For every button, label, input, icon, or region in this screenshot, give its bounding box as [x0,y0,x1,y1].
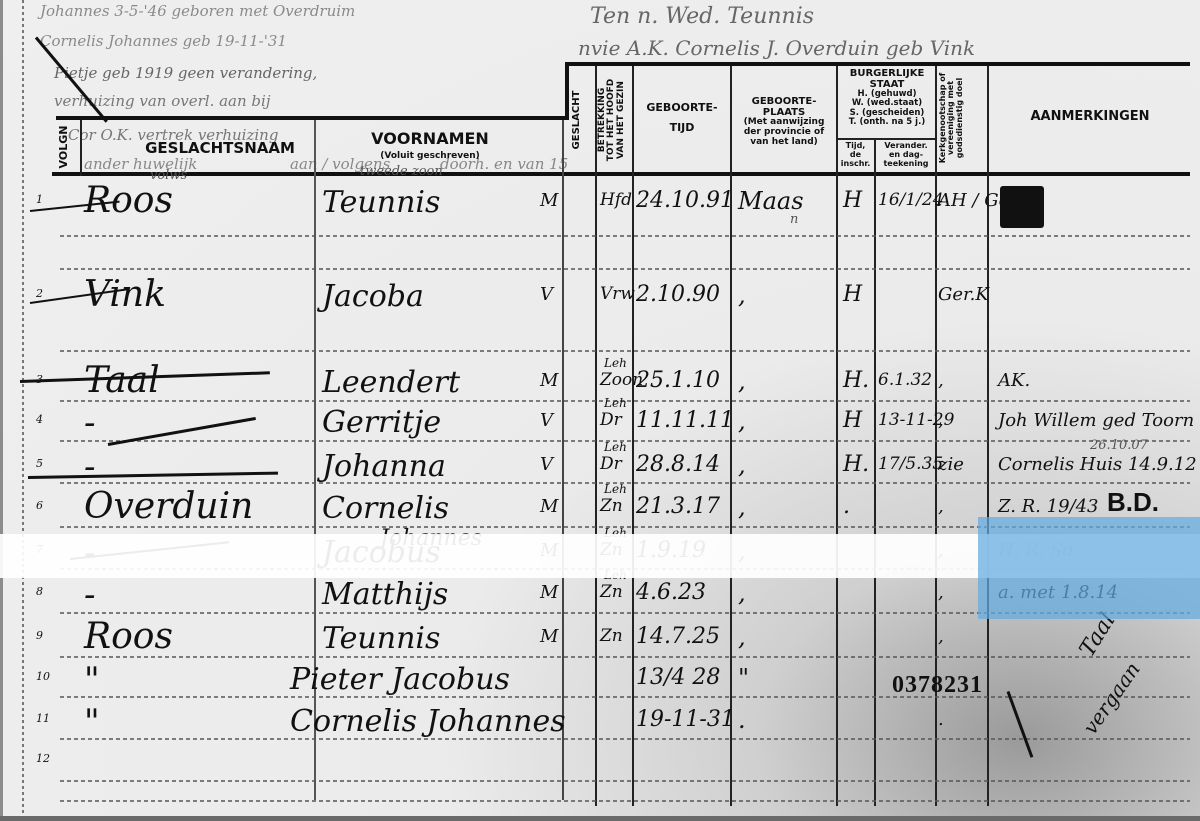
row-guide-line [60,780,1190,782]
cell-kerk: zie [938,454,964,475]
cell-nr: 10 [36,670,50,683]
col-line [595,66,597,806]
cell-geslacht: V [540,284,553,305]
cell-kerk: , [938,626,944,647]
header-line: godsdienstig doel [955,78,964,159]
card-number-stamp: 0378231 [892,672,983,699]
cell-geslacht: M [540,496,558,517]
cell-geboorteplaats: " [738,664,749,692]
row-guide-line [60,350,1190,352]
cell-geboorteplaats: . [738,706,746,734]
cell-voornamen-note: tweede zoon [360,164,443,179]
cell-staat: . [843,494,850,519]
header-line: BURGERLIJKE [838,68,936,79]
cell-aanmerkingen: Cornelis Huis 14.9.12 [998,454,1197,475]
header-geslacht: GESLACHT [572,80,583,160]
header-geboortetijd: GEBOORTE- TIJD [634,102,730,134]
header-line: GEBOORTE- [732,96,836,107]
col-line [632,66,634,806]
spouse-note: nvie A.K. Cornelis J. Overduin geb Vink [578,36,975,60]
header-line: GEBOORTE- [634,102,730,114]
row-guide-line [60,696,1190,698]
cell-geboortetijd: 2.10.90 [636,282,720,307]
cell-geboortetijd: 19-11-31 [636,707,735,732]
cell-betrekking: Zn [600,626,623,646]
header-line: TIJD [634,122,730,134]
cell-geboorteplaats: Maas [738,187,804,215]
cell-nr: 2 [36,287,43,300]
cell-staat-date: 16/1/24 [878,190,944,210]
cell-geboortetijd: 25.1.10 [636,368,720,393]
col-line [987,66,989,806]
head-of-family-note: Ten n. Wed. Teunnis [590,4,814,29]
cell-betrekking-note: Leh [604,396,627,410]
cell-geslacht: V [540,454,553,475]
bd-stamp: B.D. [1107,487,1159,518]
family-register-card: Johannes 3-5-'46 geboren met Overdruim C… [0,0,1200,821]
cell-betrekking-note: Leh [604,440,627,454]
pencil-note: Pietje geb 1919 geen verandering, [54,64,317,82]
cell-geboorteplaats: , [738,623,746,651]
cell-nr: 6 [36,499,43,512]
cell-surname-note: volws [150,168,187,183]
header-line: T. (onth. na 5 j.) [838,118,936,127]
header-geslachtsnaam: GESLACHTSNAAM [120,140,320,157]
cell-aanmerkingen: Joh Willem ged Toorn [998,410,1194,431]
cell-kerk: Ger.K [938,284,989,305]
cell-kerk: , [938,410,944,431]
cell-voornamen: Gerritje [322,405,441,440]
cell-geboorteplaats: , [738,407,746,435]
header-step-line [565,62,569,120]
cell-nr: 8 [36,585,43,598]
cell-staat: H. [843,368,869,393]
cell-geboorteplaats: , [738,451,746,479]
header-aanmerkingen: AANMERKINGEN [990,110,1190,124]
col-line [836,66,838,806]
cell-aanmerkingen: Z. R. 19/43 [998,496,1099,517]
header-top-line-right [565,62,1190,66]
cell-nr: 12 [36,752,50,765]
cell-surname: - [84,447,96,487]
cell-aanmerkingen-note: 26.10.07 [1090,438,1148,453]
cell-nr: 4 [36,413,43,426]
col-line [80,120,82,176]
header-kerkgenootschap: Kerkgenootschap of vereeniging met godsd… [939,66,964,170]
cell-geboortetijd: 24.10.91 [636,188,734,213]
col-line [562,120,564,800]
cell-surname: Taal [84,360,160,401]
note-vergaan: vergaan [1078,658,1145,739]
cell-geboorteplaats: , [738,493,746,521]
cell-betrekking: Zn [600,496,623,516]
cell-geslacht: M [540,582,558,603]
cell-voornamen: Cornelis [322,491,449,526]
pencil-note: Cornelis Johannes geb 19-11-'31 [40,32,287,50]
scan-bottom-edge [0,816,1200,821]
staat-divider [836,138,936,140]
row-guide-line [60,800,1190,802]
cell-betrekking: Vrw [600,284,635,304]
cell-betrekking-note: Leh [604,356,627,370]
cell-voornamen: Cornelis Johannes [290,704,566,739]
col-line [874,140,876,806]
cell-surname: - [84,403,96,443]
cell-geslacht: M [540,370,558,391]
cell-nr: 11 [36,712,50,725]
row-guide-line [60,656,1190,658]
cell-kerk: , [938,496,944,517]
header-betrekking: BETREKKING TOT HET HOOFD VAN HET GEZIN [598,70,626,170]
cell-voornamen: Jacoba [322,279,424,314]
strike-row-5 [28,472,278,479]
header-verander: Verander. en dag- teekening [876,142,936,168]
cell-surname: Overduin [84,486,253,527]
cell-aanmerkingen: AK. [998,370,1030,391]
row-guide-line [60,738,1190,740]
redaction-box [1000,186,1044,228]
cell-geboorteplaats: , [738,281,746,309]
col-line [314,120,316,800]
header-burgerlijke-staat: BURGERLIJKE STAAT H. (gehuwd) W. (wed.st… [838,68,936,127]
cell-geboortetijd: 4.6.23 [636,580,706,605]
row-guide-line [60,268,1190,270]
cell-voornamen: Pieter Jacobus [290,662,510,697]
cell-voornamen: Leendert [322,365,460,400]
cell-surname: - [84,575,96,615]
cell-surname: Roos [84,616,173,657]
cell-nr: 1 [36,193,43,206]
cell-surname: " [84,660,100,700]
cell-staat-date: 6.1.32 [878,370,932,390]
row-guide-line [60,235,1190,237]
cell-surname: Roos [84,180,173,221]
cell-geboorteplaats: , [738,367,746,395]
col-line [730,66,732,806]
cell-voornamen: Teunnis [322,621,440,656]
cell-geboortetijd: 28.8.14 [636,452,720,477]
cell-staat-date: 17/5.35 [878,454,943,474]
cell-betrekking-note: Leh [604,482,627,496]
header-bottom-line [52,172,1190,176]
cell-geslacht: V [540,410,553,431]
header-line: van het land) [732,138,836,148]
header-line: teekening [876,160,936,169]
cell-nr: 5 [36,457,43,470]
cell-nr: 9 [36,629,43,642]
cell-staat: H [843,408,862,433]
cell-voornamen: Teunnis [322,185,440,220]
cell-geboortetijd: 14.7.25 [636,624,720,649]
left-perforation [22,0,24,821]
cell-kerk: , [938,370,944,391]
pencil-note: Johannes 3-5-'46 geboren met Overdruim [40,2,355,20]
cell-geboortetijd: 13/4 28 [636,665,720,690]
cell-geslacht: M [540,190,558,211]
header-geboorteplaats: GEBOORTE- PLAATS (Met aanwijzing der pro… [732,96,836,148]
cell-staat: H [843,188,862,213]
cell-surname: " [84,702,100,742]
cell-voornamen: Matthijs [322,577,448,612]
header-line: inschr. [837,160,874,169]
cell-betrekking: Dr [600,454,622,474]
cell-staat: H. [843,452,869,477]
header-volgnr: VOLGN [58,122,70,172]
cell-geboorteplaats: , [738,579,746,607]
scan-edge [0,0,3,821]
cell-kerk: . [938,709,944,730]
cell-betrekking: Zn [600,582,623,602]
cell-geslacht: M [540,626,558,647]
cell-betrekking: Dr [600,410,622,430]
cell-staat: H [843,282,862,307]
cell-geboortetijd: 11.11.11 [636,408,734,433]
header-voornamen-sub: (Voluit geschreven) [330,152,530,162]
cell-betrekking: Hfd [600,190,632,210]
header-tijd-inschr: Tijd, de inschr. [837,142,874,168]
cell-geboortetijd: 21.3.17 [636,494,720,519]
text-selection-highlight[interactable] [978,517,1200,619]
cell-kerk: , [938,582,944,603]
check-mark [1007,691,1034,758]
cell-geboorteplaats-note: n [790,212,798,227]
cell-voornamen: Johanna [322,449,446,484]
header-betrekking-3: VAN HET GEZIN [616,81,626,159]
header-voornamen: VOORNAMEN [330,130,530,148]
header-top-line-left [56,116,568,120]
